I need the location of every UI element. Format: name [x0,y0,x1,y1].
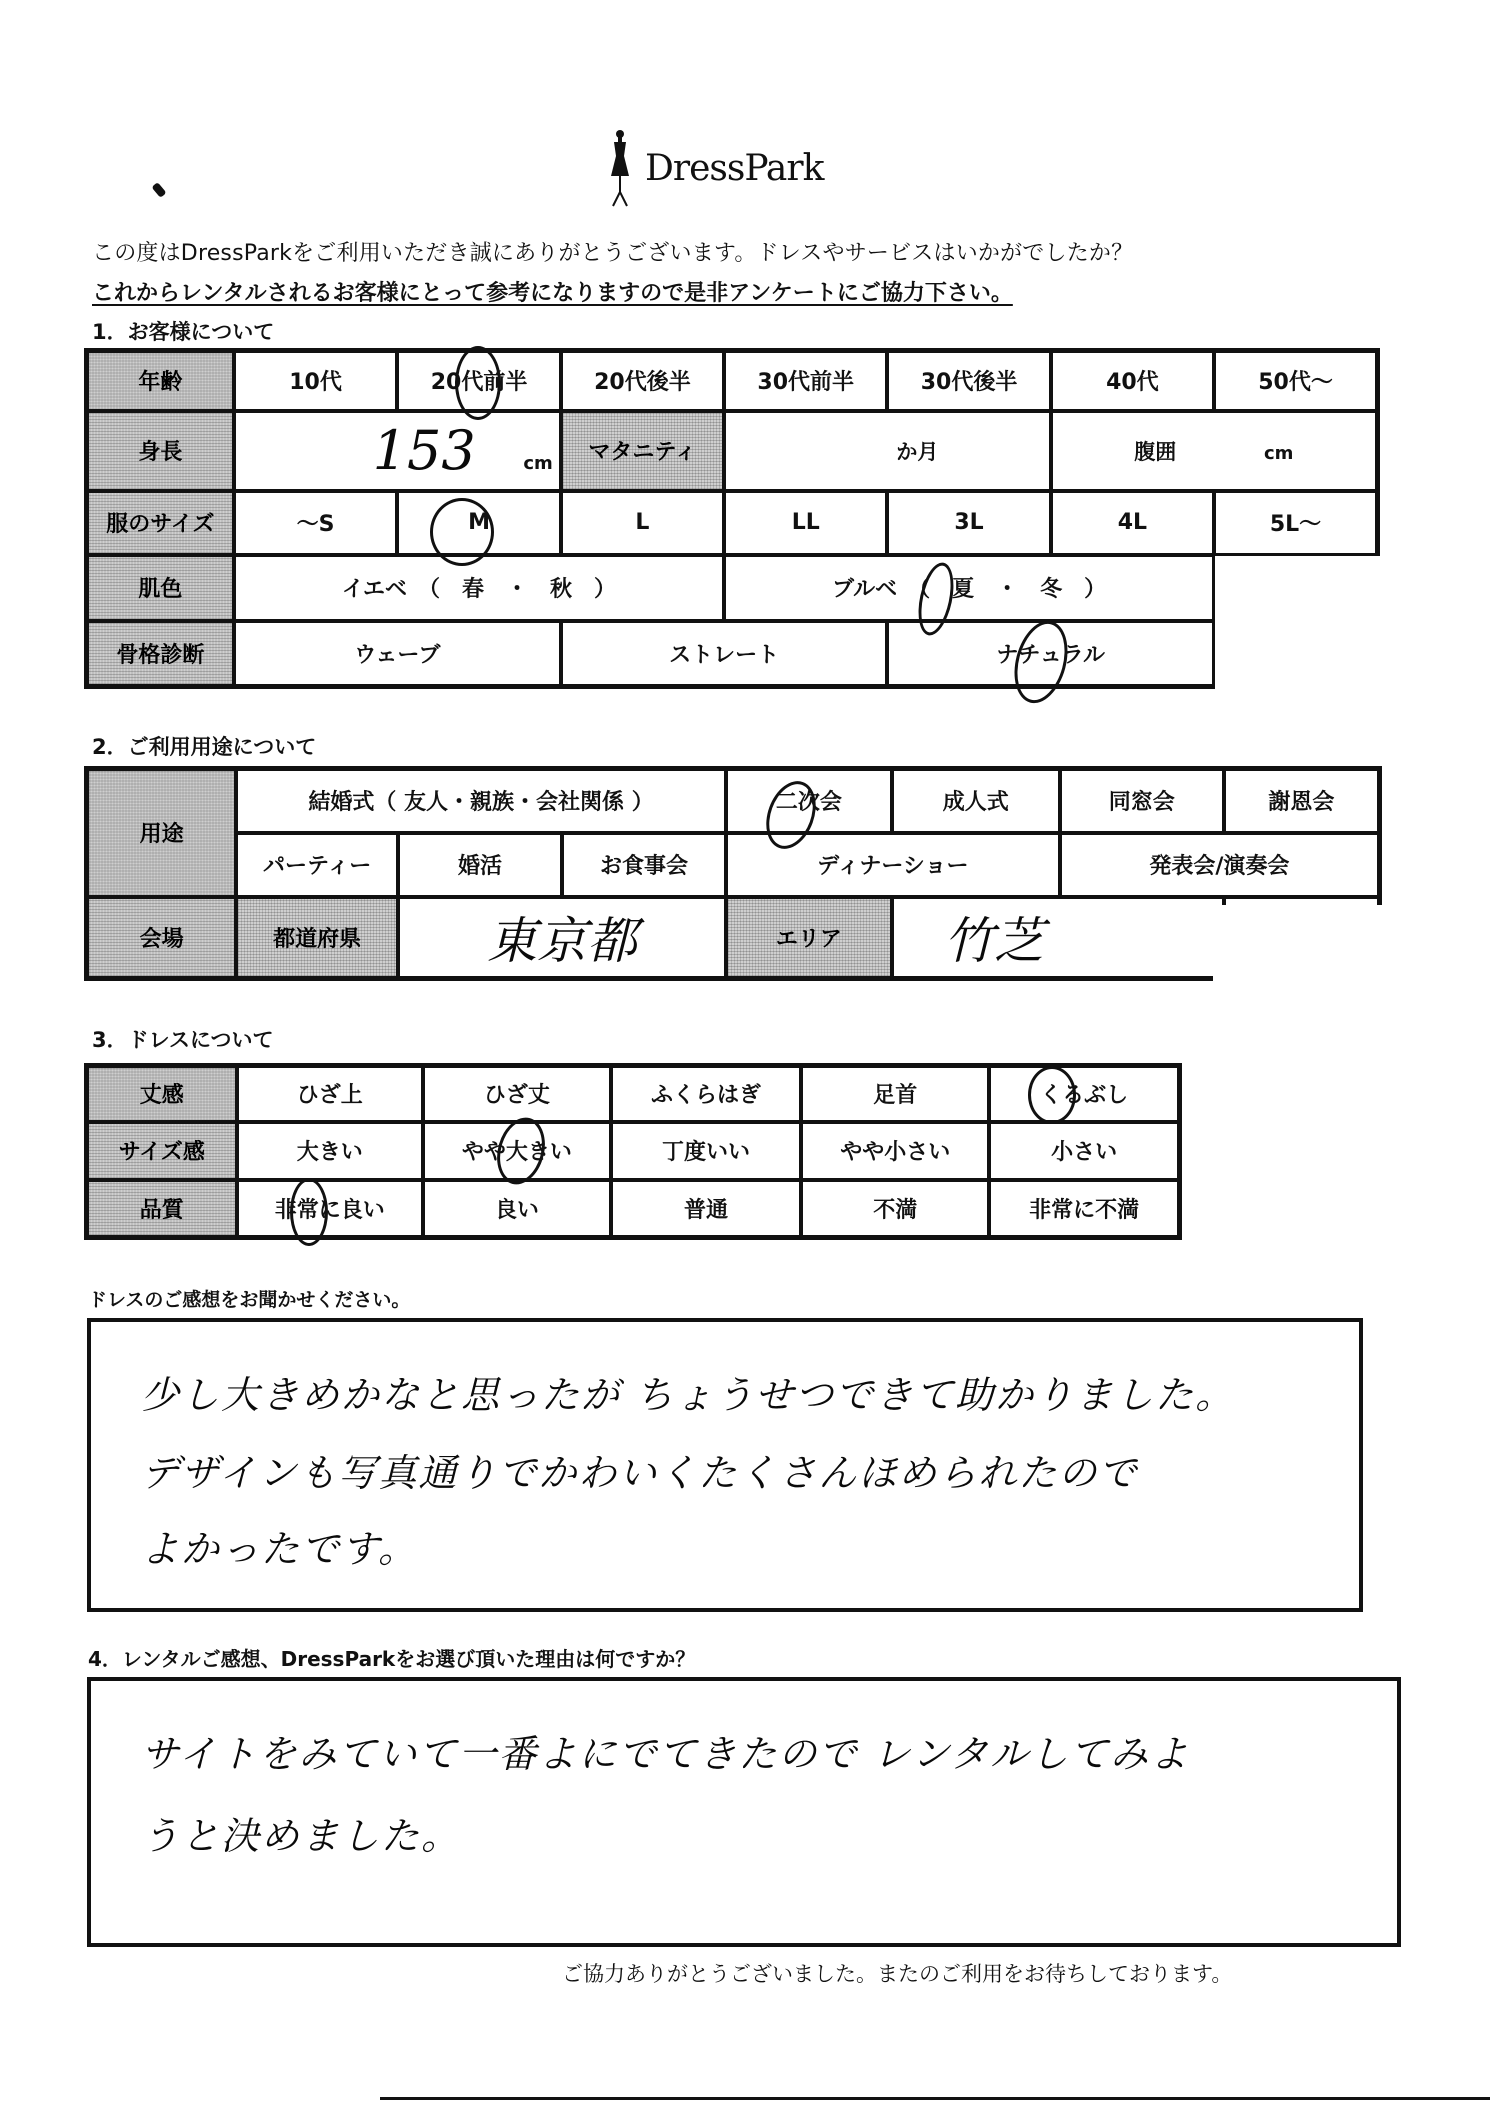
purpose-option-thanks-party[interactable]: 謝恩会 [1224,769,1380,833]
purpose-option-dinner[interactable]: お食事会 [562,833,726,897]
age-row: 年齢 10代 20代前半 20代後半 30代前半 30代後半 40代 50代～ [87,351,1378,411]
fit-option[interactable]: 小さい [989,1122,1179,1180]
skeleton-option[interactable]: ウェーブ [234,621,561,687]
length-option-selected[interactable]: くるぶし [989,1066,1179,1122]
prefecture-value: 東京都 [487,912,637,970]
size-option[interactable]: 3L [887,491,1050,555]
dress-comment-line: よかったです。 [141,1518,418,1573]
dress-mannequin-icon [605,128,635,208]
waist-label: 腹囲 [1134,440,1176,464]
skin-option-yellow[interactable]: イエベ （ 春 ・ 秋 ） [234,555,724,621]
fit-option-selected[interactable]: やや大きい [423,1122,611,1180]
quality-option[interactable]: 不満 [801,1180,989,1238]
dresspark-logo: DressPark [605,128,845,208]
quality-label: 品質 [87,1180,237,1238]
age-option[interactable]: 10代 [234,351,398,411]
length-option[interactable]: ひざ丈 [423,1066,611,1122]
area-value: 竹芝 [944,912,1044,970]
quality-row: 品質 非常に良い 良い 普通 不満 非常に不満 [87,1180,1180,1238]
usage-table: 用途 結婚式（ 友人・親族・会社関係 ） 二次会 成人式 同窓会 謝恩会 パーテ… [84,766,1382,981]
area-field[interactable]: 竹芝 [892,897,1224,979]
size-option-selected[interactable]: M [397,491,561,555]
section2-title: 2．ご利用用途について [92,731,316,761]
dress-comment-box[interactable]: 少し大きめかなと思ったが ちょうせつできて助かりました。 デザインも写真通りでか… [87,1318,1363,1612]
age-option-selected[interactable]: 20代前半 [397,351,561,411]
skeleton-option-selected[interactable]: ナチュラル [887,621,1214,687]
quality-option[interactable]: 非常に不満 [989,1180,1179,1238]
intro-text: この度はDressParkをご利用いただき誠にありがとうございます。ドレスやサー… [92,236,1133,267]
area-label: エリア [726,897,892,979]
section4-title: 4．レンタルご感想、DressParkをお選び頂いた理由は何ですか？ [88,1643,695,1672]
dress-comment-line: デザインも写真通りでかわいくたくさんほめられたので [141,1442,1138,1497]
maternity-months-field[interactable]: か月 [724,411,1051,491]
purpose-option-coming-of-age[interactable]: 成人式 [892,769,1060,833]
intro-request-text: これからレンタルされるお客様にとって参考になりますので是非アンケートにご協力下さ… [92,276,1013,307]
age-label: 年齢 [87,351,234,411]
quality-option[interactable]: 良い [423,1180,611,1238]
venue-label: 会場 [87,897,237,979]
height-row: 身長 153 cm マタニティ か月 腹囲 cm [87,411,1378,491]
months-unit: か月 [896,440,938,464]
age-option[interactable]: 30代後半 [887,351,1050,411]
size-label: 服のサイズ [87,491,234,555]
waist-field[interactable]: 腹囲 cm [1051,411,1378,491]
purpose-option-wedding[interactable]: 結婚式（ 友人・親族・会社関係 ） [236,769,726,833]
age-option[interactable]: 20代後半 [561,351,724,411]
length-option[interactable]: 足首 [801,1066,989,1122]
purpose-option-dinner-show[interactable]: ディナーショー [726,833,1060,897]
size-option[interactable]: ～S [234,491,398,555]
dress-comment-prompt: ドレスのご感想をお聞かせください。 [88,1285,410,1312]
purpose-label: 用途 [87,769,237,897]
skeleton-label: 骨格診断 [87,621,234,687]
quality-option[interactable]: 普通 [611,1180,801,1238]
purpose-option-after-party-selected[interactable]: 二次会 [726,769,892,833]
fit-option[interactable]: 丁度いい [611,1122,801,1180]
purpose-option-reunion[interactable]: 同窓会 [1060,769,1224,833]
skin-label: 肌色 [87,555,234,621]
purpose-option-party[interactable]: パーティー [236,833,398,897]
size-option[interactable]: 5L～ [1214,491,1377,555]
rental-reason-box[interactable]: サイトをみていて一番よにでてきたので レンタルしてみよ うと決めました。 [87,1677,1401,1947]
purpose-option-recital[interactable]: 発表会/演奏会 [1060,833,1380,897]
purpose-row-2: パーティー 婚活 お食事会 ディナーショー 発表会/演奏会 [87,833,1380,897]
thanks-message: ご協力ありがとうございました。またのご利用をお待ちしております。 [562,1958,1232,1988]
height-unit: cm [523,453,552,474]
purpose-option-konkatsu[interactable]: 婚活 [398,833,562,897]
fit-option[interactable]: 大きい [237,1122,423,1180]
length-label: 丈感 [87,1066,237,1122]
height-label: 身長 [87,411,234,491]
rental-reason-line: サイトをみていて一番よにでてきたので レンタルしてみよ [141,1723,1190,1778]
section1-title: 1．お客様について [92,316,274,346]
size-option[interactable]: L [561,491,724,555]
rental-reason-line: うと決めました。 [141,1805,461,1860]
size-row: 服のサイズ ～S M L LL 3L 4L 5L～ [87,491,1378,555]
size-option[interactable]: LL [724,491,887,555]
skeleton-option[interactable]: ストレート [561,621,888,687]
bottom-rule [380,2097,1490,2100]
quality-option-selected[interactable]: 非常に良い [237,1180,423,1238]
length-row: 丈感 ひざ上 ひざ丈 ふくらはぎ 足首 くるぶし [87,1066,1180,1122]
age-option[interactable]: 40代 [1051,351,1214,411]
fit-label: サイズ感 [87,1122,237,1180]
skin-row: 肌色 イエベ （ 春 ・ 秋 ） ブルベ （ 夏 ・ 冬 ） [87,555,1378,621]
maternity-label: マタニティ [561,411,724,491]
fit-row: サイズ感 大きい やや大きい 丁度いい やや小さい 小さい [87,1122,1180,1180]
age-option[interactable]: 50代～ [1214,351,1377,411]
dress-comment-line: 少し大きめかなと思ったが ちょうせつできて助かりました。 [141,1364,1235,1419]
purpose-row-1: 用途 結婚式（ 友人・親族・会社関係 ） 二次会 成人式 同窓会 謝恩会 [87,769,1380,833]
size-option[interactable]: 4L [1051,491,1214,555]
scan-mark [151,182,166,198]
venue-row: 会場 都道府県 東京都 エリア 竹芝 [87,897,1380,979]
length-option[interactable]: ふくらはぎ [611,1066,801,1122]
age-option[interactable]: 30代前半 [724,351,887,411]
waist-unit: cm [1264,443,1293,464]
section3-title: 3．ドレスについて [92,1024,274,1054]
prefecture-field[interactable]: 東京都 [398,897,726,979]
height-value: 153 [373,419,476,482]
prefecture-label: 都道府県 [236,897,398,979]
skeleton-row: 骨格診断 ウェーブ ストレート ナチュラル [87,621,1378,687]
brand-name: DressPark [645,148,823,189]
skin-option-blue[interactable]: ブルベ （ 夏 ・ 冬 ） [724,555,1214,621]
fit-option[interactable]: やや小さい [801,1122,989,1180]
length-option[interactable]: ひざ上 [237,1066,423,1122]
height-field[interactable]: 153 cm [234,411,561,491]
customer-info-table: 年齢 10代 20代前半 20代後半 30代前半 30代後半 40代 50代～ … [84,348,1380,689]
dress-table: 丈感 ひざ上 ひざ丈 ふくらはぎ 足首 くるぶし サイズ感 大きい やや大きい … [84,1063,1182,1240]
